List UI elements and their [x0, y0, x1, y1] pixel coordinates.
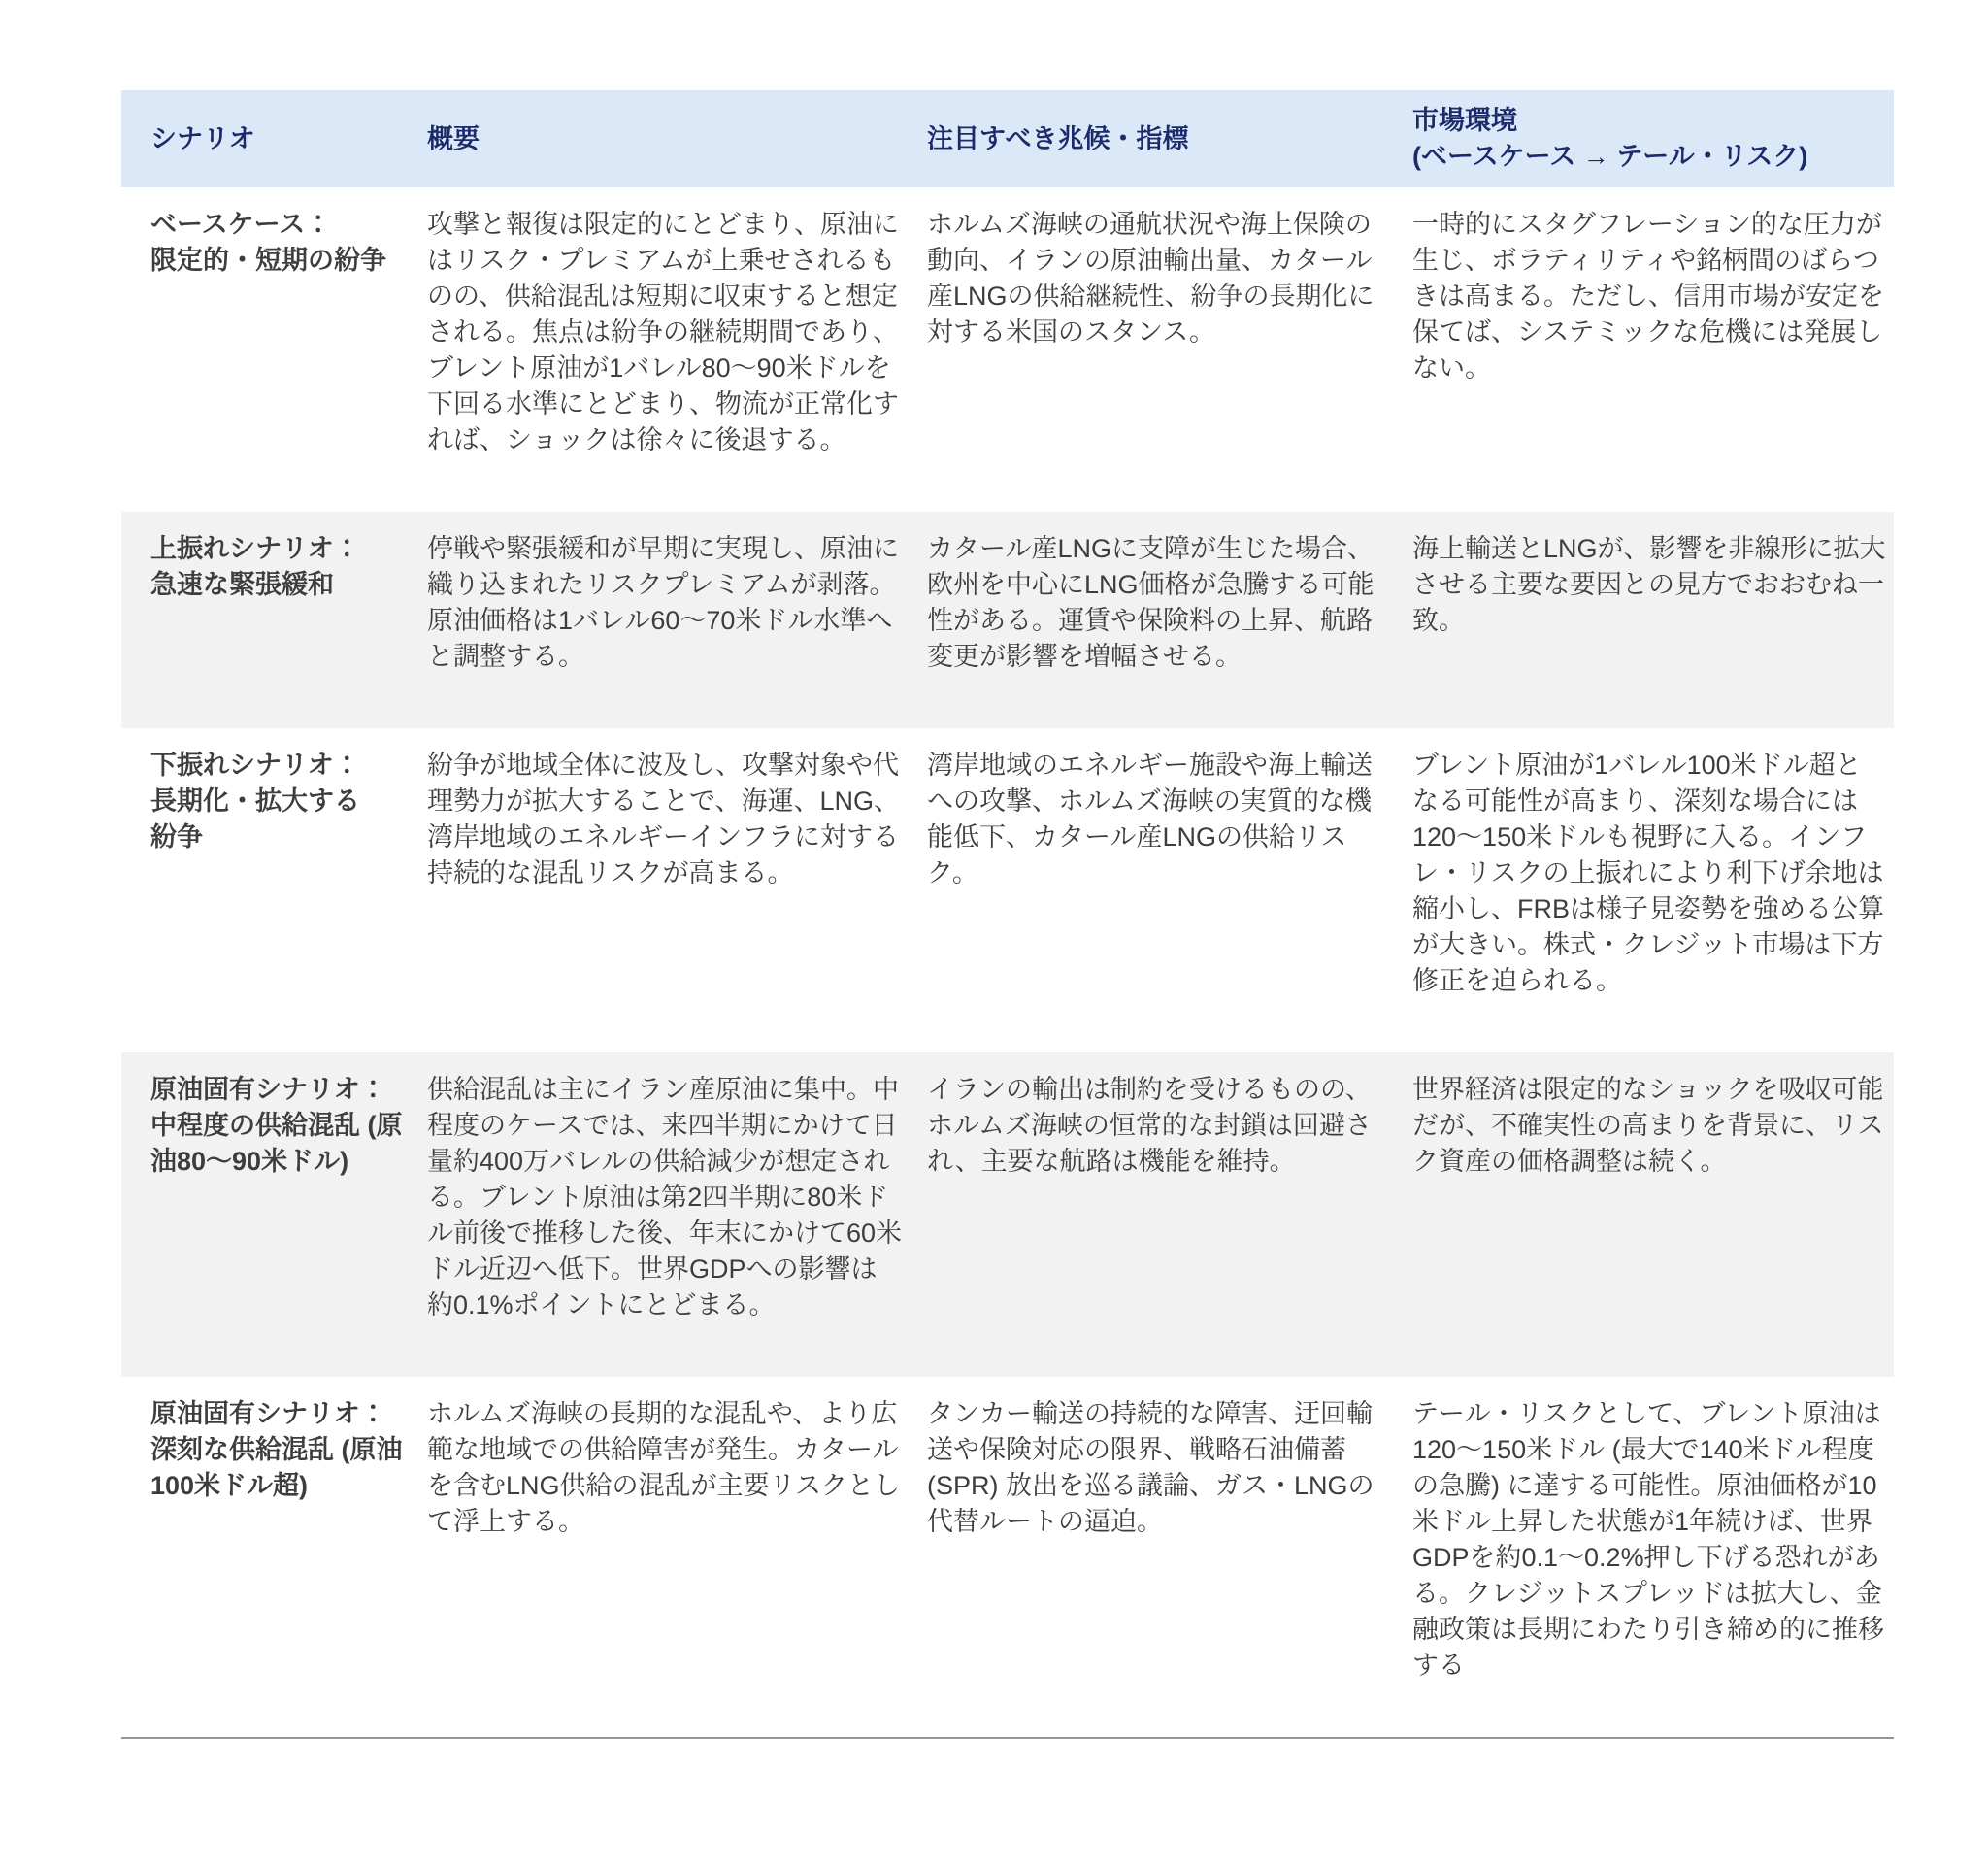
- market-cell: 世界経済は限定的なショックを吸収可能だが、不確実性の高まりを背景に、リスク資産の…: [1412, 1052, 1894, 1377]
- header-cell-market: 市場環境 (ベースケース → テール・リスク): [1412, 93, 1894, 184]
- overview-cell: 供給混乱は主にイラン産原油に集中。中程度のケースでは、来四半期にかけて日量約40…: [427, 1052, 927, 1377]
- market-cell: 海上輸送とLNGが、影響を非線形に拡大させる主要な要因との見方でおおむね一致。: [1412, 512, 1894, 728]
- market-cell: 一時的にスタグフレーション的な圧力が生じ、ボラティリティや銘柄間のばらつきは高ま…: [1412, 187, 1894, 512]
- indicators-cell: 湾岸地域のエネルギー施設や海上輸送への攻撃、ホルムズ海峡の実質的な機能低下、カタ…: [927, 728, 1412, 1052]
- table-row: 原油固有シナリオ： 深刻な供給混乱 (原油100米ドル超) ホルムズ海峡の長期的…: [121, 1377, 1894, 1737]
- header-cell-scenario: シナリオ: [121, 112, 427, 167]
- market-cell: ブレント原油が1バレル100米ドル超となる可能性が高まり、深刻な場合には120〜…: [1412, 728, 1894, 1052]
- scenario-cell: 下振れシナリオ： 長期化・拡大する 紛争: [121, 728, 427, 1052]
- market-cell: テール・リスクとして、ブレント原油は120〜150米ドル (最大で140米ドル程…: [1412, 1377, 1894, 1737]
- table-row: 下振れシナリオ： 長期化・拡大する 紛争 紛争が地域全体に波及し、攻撃対象や代理…: [121, 728, 1894, 1052]
- overview-cell: 紛争が地域全体に波及し、攻撃対象や代理勢力が拡大することで、海運、LNG、湾岸地…: [427, 728, 927, 1052]
- indicators-cell: ホルムズ海峡の通航状況や海上保険の動向、イランの原油輸出量、カタール産LNGの供…: [927, 187, 1412, 512]
- scenario-cell: 上振れシナリオ： 急速な緊張緩和: [121, 512, 427, 728]
- header-cell-indicators: 注目すべき兆候・指標: [927, 112, 1412, 167]
- indicators-cell: タンカー輸送の持続的な障害、迂回輸送や保険対応の限界、戦略石油備蓄 (SPR) …: [927, 1377, 1412, 1737]
- indicators-cell: イランの輸出は制約を受けるものの、ホルムズ海峡の恒常的な封鎖は回避され、主要な航…: [927, 1052, 1412, 1377]
- table-row: 上振れシナリオ： 急速な緊張緩和 停戦や緊張緩和が早期に実現し、原油に織り込まれ…: [121, 512, 1894, 728]
- table-header-row: シナリオ 概要 注目すべき兆候・指標 市場環境 (ベースケース → テール・リス…: [121, 90, 1894, 187]
- scenario-cell: 原油固有シナリオ： 中程度の供給混乱 (原油80〜90米ドル): [121, 1052, 427, 1377]
- scenario-cell: ベースケース： 限定的・短期の紛争: [121, 187, 427, 512]
- table-row: 原油固有シナリオ： 中程度の供給混乱 (原油80〜90米ドル) 供給混乱は主にイ…: [121, 1052, 1894, 1377]
- page: シナリオ 概要 注目すべき兆候・指標 市場環境 (ベースケース → テール・リス…: [0, 0, 1988, 1778]
- indicators-cell: カタール産LNGに支障が生じた場合、欧州を中心にLNG価格が急騰する可能性がある…: [927, 512, 1412, 728]
- overview-cell: 攻撃と報復は限定的にとどまり、原油にはリスク・プレミアムが上乗せされるものの、供…: [427, 187, 927, 512]
- header-cell-overview: 概要: [427, 112, 927, 167]
- scenario-cell: 原油固有シナリオ： 深刻な供給混乱 (原油100米ドル超): [121, 1377, 427, 1737]
- table-row: ベースケース： 限定的・短期の紛争 攻撃と報復は限定的にとどまり、原油にはリスク…: [121, 187, 1894, 512]
- scenario-table: シナリオ 概要 注目すべき兆候・指標 市場環境 (ベースケース → テール・リス…: [121, 90, 1894, 1739]
- overview-cell: ホルムズ海峡の長期的な混乱や、より広範な地域での供給障害が発生。カタールを含むL…: [427, 1377, 927, 1737]
- overview-cell: 停戦や緊張緩和が早期に実現し、原油に織り込まれたリスクプレミアムが剥落。原油価格…: [427, 512, 927, 728]
